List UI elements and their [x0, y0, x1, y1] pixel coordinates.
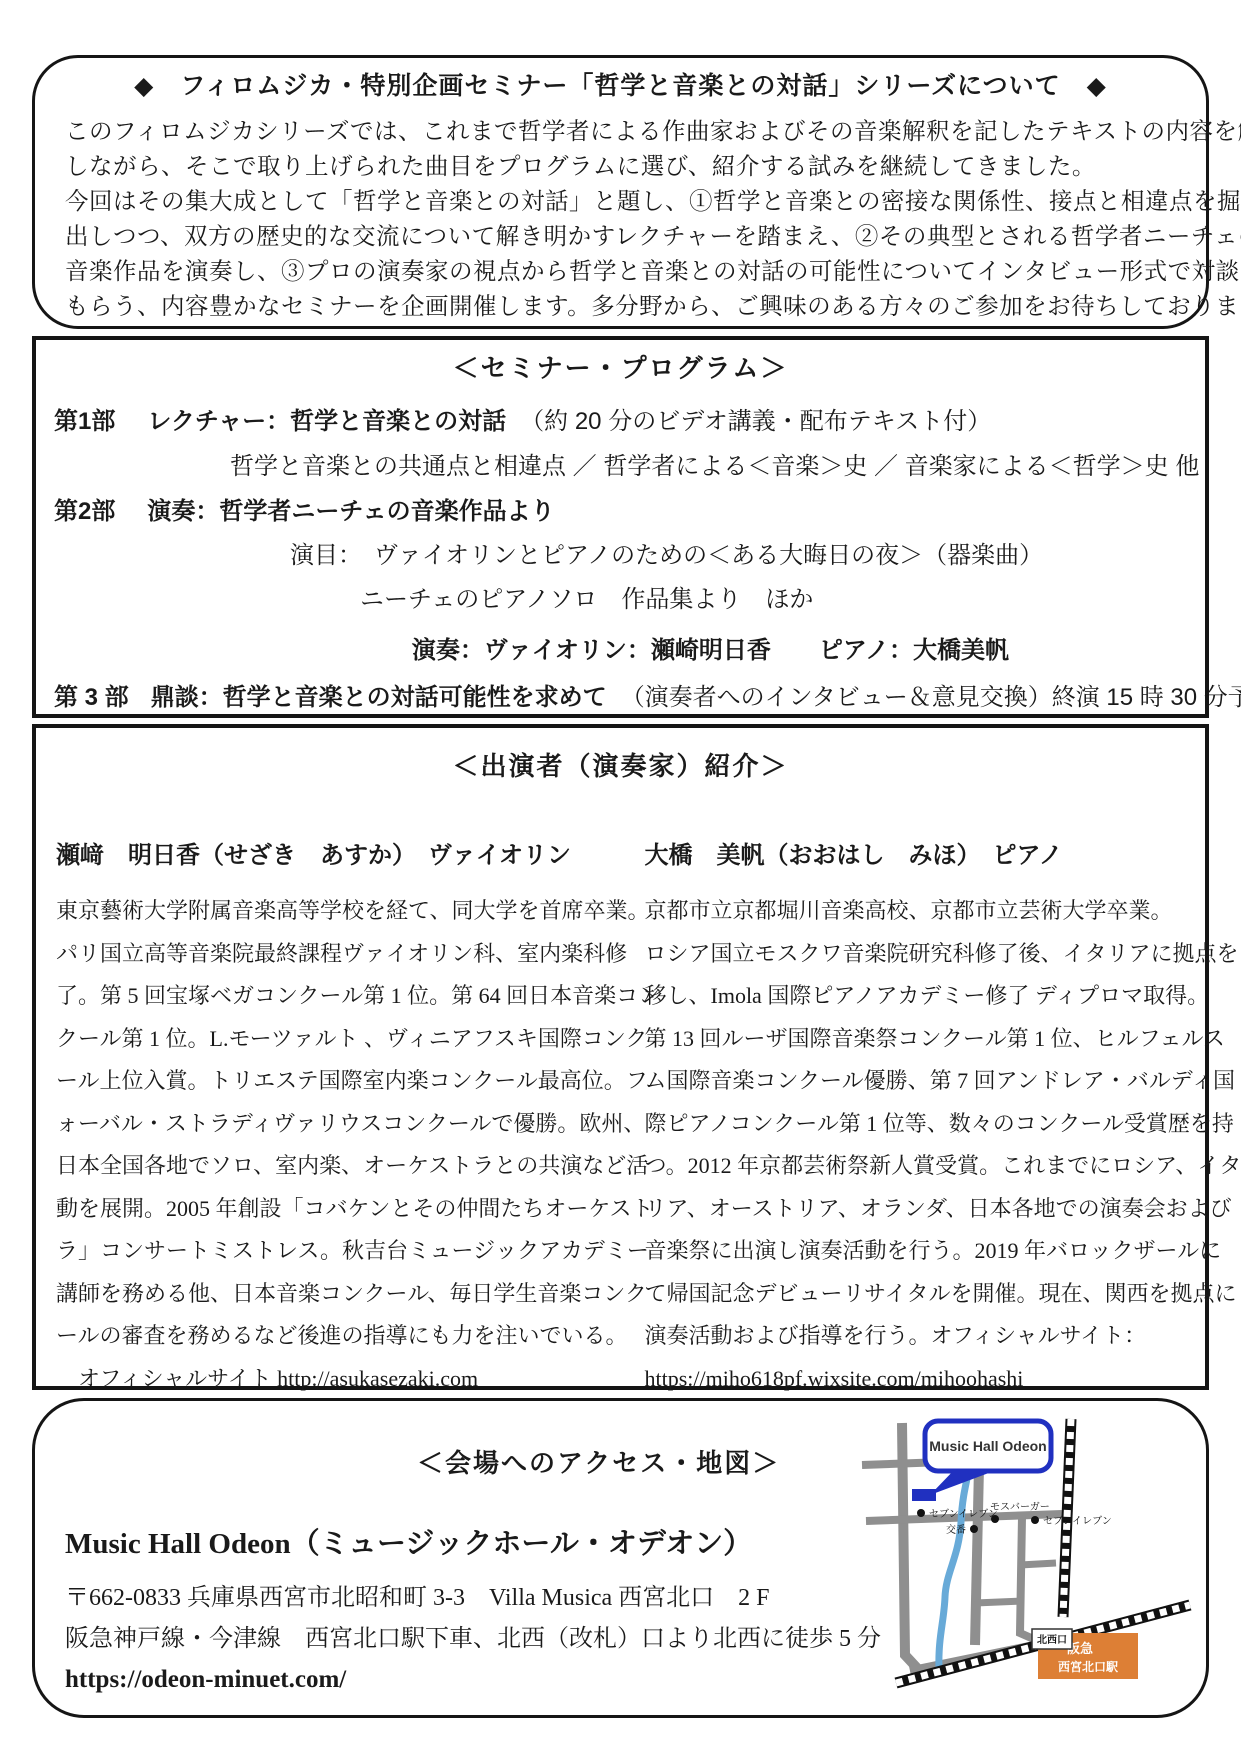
part1-label: 第1部 [54, 408, 115, 435]
bio-line: 東京藝術大学附属音楽高等学校を経て、同大学を首席卒業。 [56, 890, 597, 933]
access-heading: ＜会場へのアクセス・地図＞ [417, 1447, 780, 1479]
bio-line: 了。第 5 回宝塚ベガコンクール第 1 位。第 64 回日本音楽コン [56, 975, 597, 1018]
pianist-site-link[interactable]: https://miho618pf.wixsite.com/mihoohashi [645, 1366, 1024, 1391]
performers-section: ＜出演者（演奏家）紹介＞ 瀬﨑 明日香（せざき あすか） ヴァイオリン 東京藝術… [32, 724, 1209, 1390]
poi-dot [1031, 1516, 1039, 1524]
series-description: このフィロムジカシリーズでは、これまで哲学者による作曲家およびその音楽解釈を記し… [65, 115, 1176, 325]
bubble-label: Music Hall Odeon [929, 1438, 1046, 1454]
bio-line: ム国際音楽コンクール優勝、第 7 回アンドレア・バルディ国 [645, 1060, 1186, 1103]
violinist-bio: 東京藝術大学附属音楽高等学校を経て、同大学を首席卒業。 パリ国立高等音楽院最終課… [56, 890, 597, 1400]
bio-line: つ。2012 年京都芸術祭新人賞受賞。これまでにロシア、イタ [645, 1145, 1186, 1188]
intro-line: 出しつつ、双方の歴史的な交流について解き明かすレクチャーを踏まえ、②その典型とさ… [65, 220, 1176, 255]
site-label: オフィシャルサイト [56, 1366, 277, 1391]
program-part1: 第1部レクチャー：哲学と音楽との対話（約 20 分のビデオ講義・配布テキスト付） [54, 410, 1187, 434]
part1-detail: 哲学と音楽との共通点と相違点 ／ 哲学者による＜音楽＞史 ／ 音楽家による＜哲学… [230, 455, 1187, 479]
venue-map-svg: 阪急 西宮北口駅 北西口 Music Hall Odeon セブンイレブン モス… [842, 1407, 1192, 1699]
seven-eleven-label-1: セブンイレブン [929, 1508, 998, 1520]
program-heading: ＜セミナー・プログラム＞ [54, 352, 1187, 384]
gate-label: 北西口 [1037, 1633, 1067, 1646]
violinist-site-link[interactable]: http://asukasezaki.com [277, 1366, 478, 1391]
part1-title: レクチャー：哲学と音楽との対話 [147, 408, 506, 435]
bio-line: 第 13 回ルーザ国際音楽祭コンクール第 1 位、ヒルフェルス [645, 1018, 1186, 1061]
series-title: ◆ フィロムジカ・特別企画セミナー「哲学と音楽との対話」シリーズについて ◆ [65, 70, 1176, 102]
violinist-site-line: オフィシャルサイト http://asukasezaki.com [56, 1358, 597, 1401]
pianist-name: 大橋 美帆（おおはし みほ） ピアノ [645, 842, 1186, 870]
intro-line: 音楽作品を演奏し、③プロの演奏家の視点から哲学と音楽との対話の可能性についてイン… [65, 255, 1176, 290]
bio-line: ロシア国立モスクワ音楽院研究科修了後、イタリアに拠点を [645, 933, 1186, 976]
bio-line: 京都市立京都堀川音楽高校、京都市立芸術大学卒業。 [645, 890, 1186, 933]
part3-note: （演奏者へのインタビュー＆意見交換） [621, 686, 1052, 710]
bio-line: 移し、Imola 国際ピアノアカデミー修了 ディプロマ取得。 [645, 975, 1186, 1018]
map-road [975, 1601, 1022, 1603]
violinist-profile: 瀬﨑 明日香（せざき あすか） ヴァイオリン 東京藝術大学附属音楽高等学校を経て… [56, 842, 597, 1400]
part2-label: 第2部 [54, 498, 115, 525]
performer-columns: 瀬﨑 明日香（せざき あすか） ヴァイオリン 東京藝術大学附属音楽高等学校を経て… [54, 842, 1187, 1400]
pianist-bio: 京都市立京都堀川音楽高校、京都市立芸術大学卒業。 ロシア国立モスクワ音楽院研究科… [645, 890, 1186, 1400]
mos-burger-label: モスバーガー [990, 1501, 1050, 1513]
pianist-profile: 大橋 美帆（おおはし みほ） ピアノ 京都市立京都堀川音楽高校、京都市立芸術大学… [645, 842, 1186, 1400]
bio-line: 日本全国各地でソロ、室内楽、オーケストラとの共演など活 [56, 1145, 597, 1188]
bio-line: 講師を務める他、日本音楽コンクール、毎日学生音楽コンク [56, 1273, 597, 1316]
poi-dot [917, 1509, 925, 1517]
map-river [939, 1465, 970, 1669]
violinist-name: 瀬﨑 明日香（せざき あすか） ヴァイオリン [56, 842, 597, 870]
performers-heading: ＜出演者（演奏家）紹介＞ [54, 750, 1187, 782]
koban-label: 交番 [946, 1523, 966, 1536]
intro-line: もらう、内容豊かなセミナーを企画開催します。多分野から、ご興味のある方々のご参加… [65, 290, 1176, 325]
bio-line: 際ピアノコンクール第 1 位等、数々のコンクール受賞歴を持 [645, 1103, 1186, 1146]
part2-item1: 演目： ヴァイオリンとピアノのための＜ある大晦日の夜＞（器楽曲） [290, 544, 1187, 568]
bio-line: ォーバル・ストラディヴァリウスコンクールで優勝。欧州、 [56, 1103, 597, 1146]
program-part3: 第 3 部鼎談：哲学と音楽との対話可能性を求めて（演奏者へのインタビュー＆意見交… [54, 686, 1187, 710]
poi-dot [991, 1515, 999, 1523]
venue-map: 阪急 西宮北口駅 北西口 Music Hall Odeon セブンイレブン モス… [842, 1407, 1192, 1699]
intro-line: このフィロムジカシリーズでは、これまで哲学者による作曲家およびその音楽解釈を記し… [65, 115, 1176, 150]
poi-dot [970, 1525, 978, 1533]
map-road [1020, 1517, 1038, 1641]
program-section: ＜セミナー・プログラム＞ 第1部レクチャー：哲学と音楽との対話（約 20 分のビ… [32, 336, 1209, 718]
pianist-site-line: https://miho618pf.wixsite.com/mihoohashi [645, 1358, 1186, 1401]
part3-end-time: 終演 15 時 30 分予定 [1052, 686, 1241, 710]
part3-title: 鼎談：哲学と音楽との対話可能性を求めて [151, 686, 607, 710]
bio-line: ール上位入賞。トリエステ国際室内楽コンクール最高位。フ [56, 1060, 597, 1103]
flyer-page: ◆ フィロムジカ・特別企画セミナー「哲学と音楽との対話」シリーズについて ◆ こ… [0, 0, 1241, 1754]
intro-line: 今回はその集大成として「哲学と音楽との対話」と題し、①哲学と音楽との密接な関係性… [65, 185, 1176, 220]
bio-line: リア、オーストリア、オランダ、日本各地での演奏会および [645, 1188, 1186, 1231]
map-road [975, 1467, 979, 1645]
seven-eleven-label-2: セブンイレブン [1043, 1515, 1112, 1527]
part2-title: 演奏：哲学者ニーチェの音楽作品より [147, 498, 554, 525]
station-label-line2: 西宮北口駅 [1058, 1659, 1118, 1674]
bio-line: クール第 1 位。L.モーツァルト 、ヴィニアフスキ国際コンク [56, 1018, 597, 1061]
intro-section: ◆ フィロムジカ・特別企画セミナー「哲学と音楽との対話」シリーズについて ◆ こ… [32, 55, 1209, 329]
program-part2: 第2部演奏：哲学者ニーチェの音楽作品より [54, 500, 1187, 524]
part3-label: 第 3 部 [54, 686, 129, 710]
part2-item2: ニーチェのピアノソロ 作品集より ほか [360, 588, 1187, 612]
bio-line: ラ」コンサートミストレス。秋吉台ミュージックアカデミー [56, 1230, 597, 1273]
map-road [1020, 1563, 1056, 1565]
bio-line: パリ国立高等音楽院最終課程ヴァイオリン科、室内楽科修 [56, 933, 597, 976]
bio-line: 音楽祭に出演し演奏活動を行う。2019 年バロックザールに [645, 1230, 1186, 1273]
intro-line: しながら、そこで取り上げられた曲目をプログラムに選び、紹介する試みを継続してきま… [65, 150, 1176, 185]
bio-line: 動を展開。2005 年創設「コバケンとその仲間たちオーケスト [56, 1188, 597, 1231]
odeon-site-link[interactable]: https://odeon-minuet.com/ [65, 1666, 346, 1693]
part2-performers: 演奏：ヴァイオリン：瀬崎明日香 ピアノ：大橋美帆 [54, 639, 1187, 663]
hall-marker [912, 1489, 936, 1501]
part1-note: （約 20 分のビデオ講義・配布テキスト付） [520, 408, 991, 435]
venue-name-ja: （ミュージックホール・オデオン） [291, 1528, 753, 1560]
bio-line: て帰国記念デビューリサイタルを開催。現在、関西を拠点に [645, 1273, 1186, 1316]
bio-line: 演奏活動および指導を行う。オフィシャルサイト： [645, 1315, 1186, 1358]
access-section: ＜会場へのアクセス・地図＞ Music Hall Odeon（ミュージックホール… [32, 1398, 1209, 1718]
venue-name-en: Music Hall Odeon [65, 1528, 291, 1560]
bio-line: ールの審査を務めるなど後進の指導にも力を注いでいる。 [56, 1315, 597, 1358]
